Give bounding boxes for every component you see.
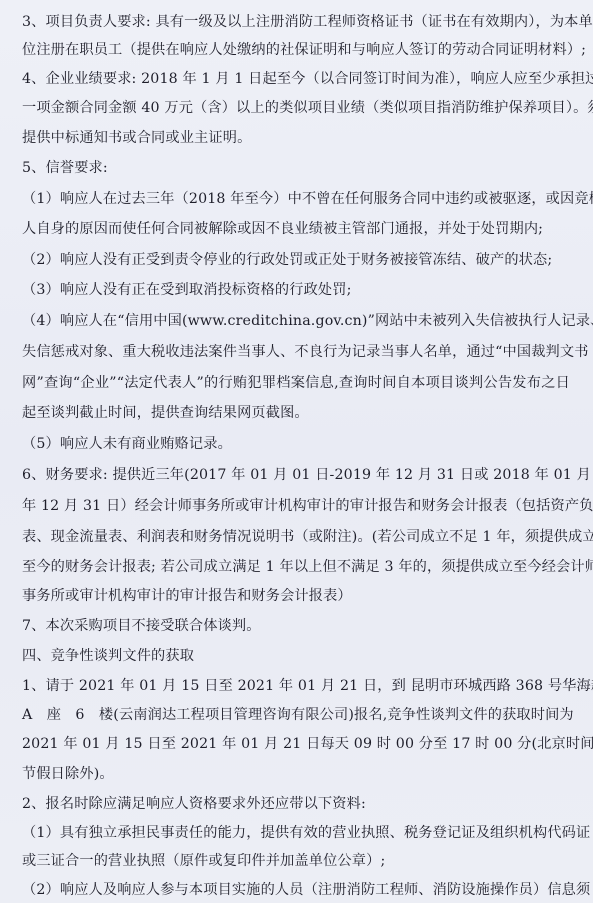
text-line: 年 12 月 31 日）经会计师事务所或审计机构审计的审计报告和财务会计报表（包… — [22, 496, 570, 516]
text-line: 一项金额合同金额 40 万元（含）以上的类似项目业绩（类似项目指消防维护保养项目… — [22, 98, 570, 118]
text-line: 网”查询“企业”“法定代表人”的行贿犯罪档案信息,查询时间自本项目谈判公告发布之… — [22, 373, 570, 393]
text-line: 人自身的原因而使任何合同被解除或因不良业绩被主管部门通报，并处于处罚期内; — [22, 219, 570, 239]
text-line: 位注册在职员工（提供在响应人处缴纳的社保证明和与响应人签订的劳动合同证明材料）; — [22, 40, 570, 60]
text-line: （1）具有独立承担民事责任的能力，提供有效的营业执照、税务登记证及组织机构代码证 — [22, 823, 570, 843]
text-line: 节假日除外)。 — [22, 764, 570, 784]
text-line: 失信惩戒对象、重大税收违法案件当事人、不良行为记录当事人名单，通过“中国裁判文书 — [22, 342, 570, 362]
text-line: 7、本次采购项目不接受联合体谈判。 — [22, 616, 570, 636]
section-heading-document-acquisition: 四、竞争性谈判文件的获取 — [22, 646, 570, 666]
text-line: 2021 年 01 月 15 日至 2021 年 01 月 21 日每天 09 … — [22, 734, 570, 754]
text-line: 2、报名时除应满足响应人资格要求外还应带以下资料: — [22, 794, 570, 814]
text-line: （4）响应人在“信用中国(www.creditchina.gov.cn)”网站中… — [22, 311, 570, 331]
text-line: （3）响应人没有正在受到取消投标资格的行政处罚; — [22, 280, 570, 300]
scanned-document-page: 3、项目负责人要求: 具有一级及以上注册消防工程师资格证书（证书在有效期内），为… — [0, 0, 593, 903]
text-line: 或三证合一的营业执照（原件或复印件并加盖单位公章）; — [22, 851, 570, 871]
text-line: （1）响应人在过去三年（2018 年至今）中不曾在任何服务合同中违约或被驱逐，或… — [22, 189, 570, 209]
text-line: 6、财务要求: 提供近三年(2017 年 01 月 01 日-2019 年 12… — [22, 465, 570, 485]
text-line: 至今的财务会计报表; 若公司成立满足 1 年以上但不满足 3 年的，须提供成立至… — [22, 557, 570, 577]
text-line: 表、现金流量表、利润表和财务情况说明书（或附注)。(若公司成立不足 1 年，须提… — [22, 527, 570, 547]
text-line: 4、企业业绩要求: 2018 年 1 月 1 日起至今（以合同签订时间为准），响… — [22, 69, 570, 89]
text-line: （5）响应人未有商业贿赂记录。 — [22, 434, 570, 454]
text-line: A 座 6 楼(云南润达工程项目管理咨询有限公司)报名,竞争性谈判文件的获取时间… — [22, 705, 570, 725]
text-line: 1、请于 2021 年 01 月 15 日至 2021 年 01 月 21 日，… — [22, 676, 570, 696]
text-line: （2）响应人没有正受到责令停业的行政处罚或正处于财务被接管冻结、破产的状态; — [22, 250, 570, 270]
text-line: 提供中标通知书或合同或业主证明。 — [22, 128, 570, 148]
text-line: （2）响应人及响应人参与本项目实施的人员（注册消防工程师、消防设施操作员）信息须 — [22, 880, 570, 900]
section-heading-credit: 5、信誉要求: — [22, 158, 570, 178]
text-line: 起至谈判截止时间，提供查询结果网页截图。 — [22, 403, 570, 423]
text-line: 事务所或审计机构审计的审计报告和财务会计报表） — [22, 586, 570, 606]
text-line: 3、项目负责人要求: 具有一级及以上注册消防工程师资格证书（证书在有效期内），为… — [22, 12, 570, 32]
